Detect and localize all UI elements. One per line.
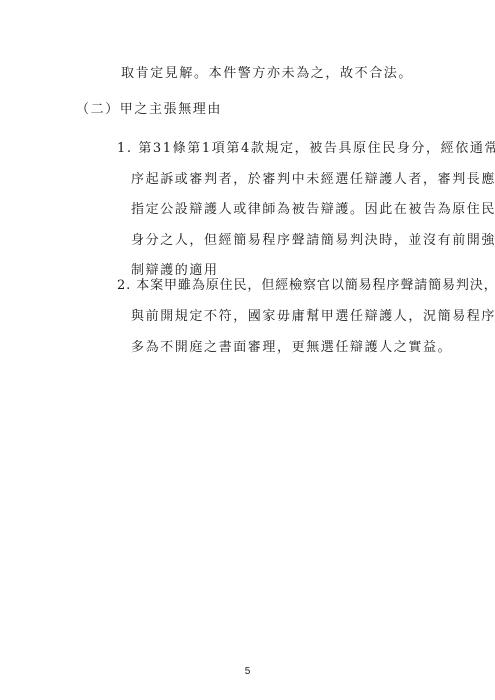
document-page: 取肯定見解。本件警方亦未為之，故不合法。 （二）甲之主張無理由 1. 第31條第… [0, 0, 495, 700]
item-1-line-5: 制辯護的適用 [131, 263, 219, 279]
page-number: 5 [0, 666, 495, 677]
item-1-line-4: 身分之人，但經簡易程序聲請簡易判決時，並沒有前開強 [131, 233, 495, 249]
item-2-line-2: 與前開規定不符，國家毋庸幫甲選任辯護人，況簡易程序 [131, 309, 495, 325]
item-2-line-1: 2. 本案甲雖為原住民，但經檢察官以簡易程序聲請簡易判決， [117, 278, 495, 294]
item-2-line-3: 多為不開庭之書面審理，更無選任辯護人之實益。 [131, 340, 452, 356]
item-1-line-1: 1. 第31條第1項第4款規定，被告具原住民身分，經依通常程 [117, 141, 495, 157]
continuation-text: 取肯定見解。本件警方亦未為之，故不合法。 [121, 66, 413, 82]
item-1-line-3: 指定公設辯護人或律師為被告辯護。因此在被告為原住民 [131, 202, 495, 218]
item-1-line-2: 序起訴或審判者，於審判中未經選任辯護人者，審判長應 [131, 172, 495, 188]
section-heading: （二）甲之主張無理由 [76, 102, 222, 118]
